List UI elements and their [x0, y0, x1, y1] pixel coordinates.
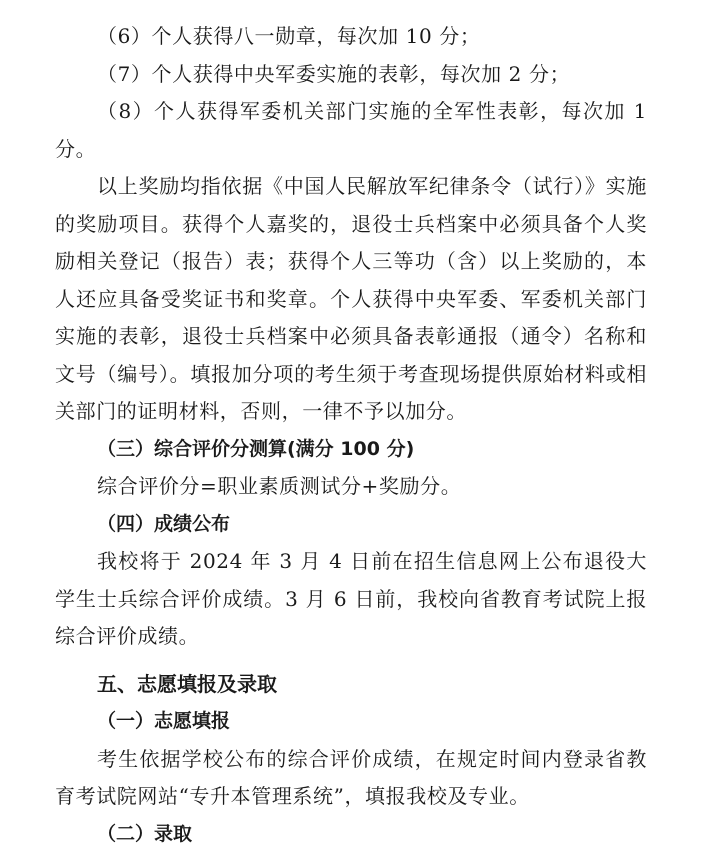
section-5-sub1-title: （一）志愿填报: [55, 703, 647, 741]
item-6: （6）个人获得八一勋章，每次加 10 分；: [55, 18, 647, 56]
reward-note-paragraph: 以上奖励均指依据《中国人民解放军纪律条令（试行）》实施的奖励项目。获得个人嘉奖的…: [55, 168, 647, 431]
subsection-4-body: 我校将于 2024 年 3 月 4 日前在招生信息网上公布退役大学生士兵综合评价…: [55, 543, 647, 656]
section-5-title: 五、志愿填报及录取: [55, 666, 647, 704]
item-8: （8）个人获得军委机关部门实施的全军性表彰，每次加 1 分。: [55, 93, 647, 168]
subsection-3-body: 综合评价分=职业素质测试分+奖励分。: [55, 468, 647, 506]
item-7: （7）个人获得中央军委实施的表彰，每次加 2 分；: [55, 56, 647, 94]
subsection-3-title: （三）综合评价分测算(满分 100 分): [55, 431, 647, 469]
document-page: （6）个人获得八一勋章，每次加 10 分； （7）个人获得中央军委实施的表彰，每…: [55, 18, 647, 853]
section-5-sub2-title: （二）录取: [55, 816, 647, 853]
section-5-sub1-body: 考生依据学校公布的综合评价成绩，在规定时间内登录省教育考试院网站“专升本管理系统…: [55, 741, 647, 816]
subsection-4-title: （四）成绩公布: [55, 506, 647, 544]
spacer: [55, 656, 647, 666]
